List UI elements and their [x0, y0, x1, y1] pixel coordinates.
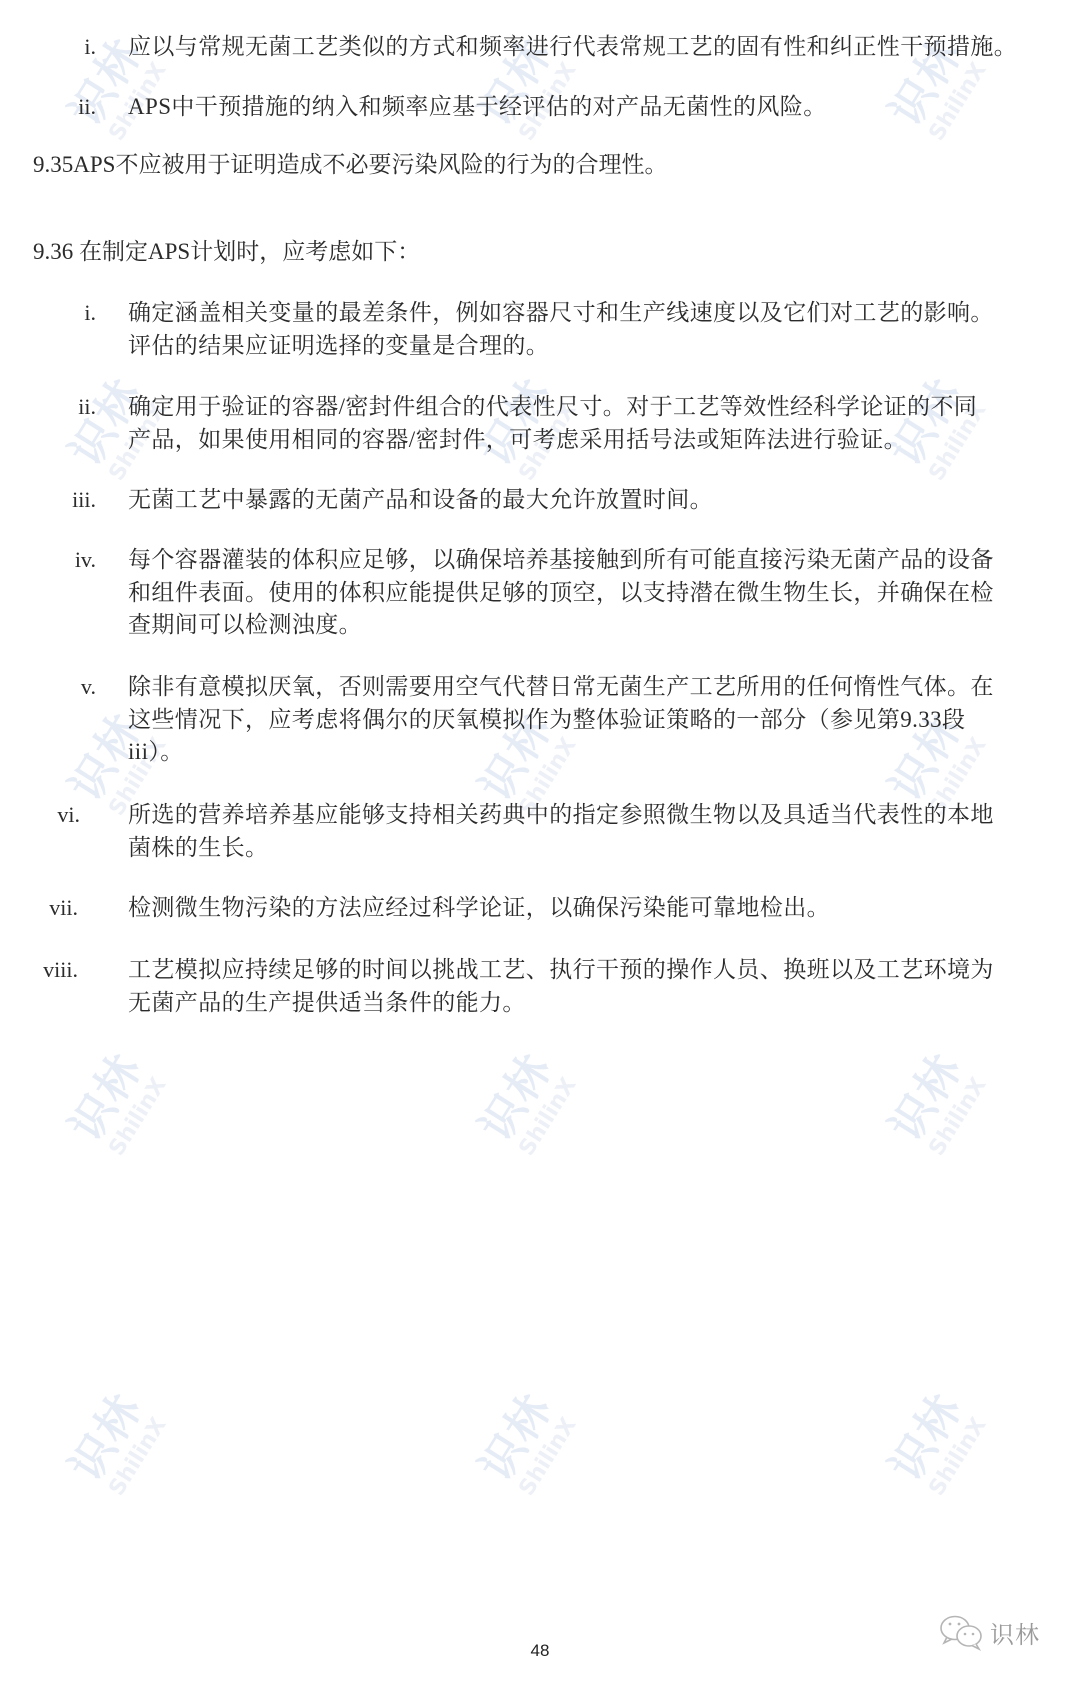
list-numeral: iii.: [16, 484, 96, 516]
list-item-text: 工艺模拟应持续足够的时间以挑战工艺、执行干预的操作人员、换班以及工艺环境为 无菌…: [128, 954, 1068, 1019]
wechat-icon: [938, 1612, 986, 1652]
list-numeral: v.: [16, 671, 96, 703]
brand-label: 识林: [990, 1615, 1040, 1650]
list-item-text: 除非有意模拟厌氧，否则需要用空气代替日常无菌生产工艺所用的任何惰性气体。在 这些…: [128, 671, 1068, 769]
list-numeral: i.: [16, 297, 96, 329]
list-item-text: 无菌工艺中暴露的无菌产品和设备的最大允许放置时间。: [128, 484, 1068, 517]
list-item-text: 确定涵盖相关变量的最差条件，例如容器尺寸和生产线速度以及它们对工艺的影响。 评估…: [128, 297, 1068, 362]
watermark: 识林ShilinX: [54, 1031, 216, 1200]
watermark: 识林ShilinX: [464, 1031, 626, 1200]
wechat-brand: 识林: [938, 1610, 1040, 1654]
watermark: 识林ShilinX: [54, 1371, 216, 1540]
list-numeral: ii.: [16, 391, 96, 423]
page-number: 48: [520, 1641, 560, 1661]
list-item-text: 确定用于验证的容器/密封件组合的代表性尺寸。对于工艺等效性经科学论证的不同 产品…: [128, 391, 1068, 456]
watermark: 识林ShilinX: [874, 1371, 1036, 1540]
list-numeral: ii.: [16, 91, 96, 123]
watermark: 识林ShilinX: [874, 1031, 1036, 1200]
list-numeral: viii.: [0, 954, 78, 986]
list-numeral: i.: [16, 31, 96, 63]
section-9-36-heading: 9.36 在制定APS计划时，应考虑如下：: [33, 236, 420, 268]
list-item-text: 检测微生物污染的方法应经过科学论证，以确保污染能可靠地检出。: [128, 892, 1068, 925]
list-item-text: 每个容器灌装的体积应足够，以确保培养基接触到所有可能直接污染无菌产品的设备 和组…: [128, 544, 1068, 642]
section-9-35: 9.35APS不应被用于证明造成不必要污染风险的行为的合理性。: [33, 149, 667, 181]
watermark: 识林ShilinX: [464, 1371, 626, 1540]
list-item-text: 应以与常规无菌工艺类似的方式和频率进行代表常规工艺的固有性和纠正性干预措施。: [128, 31, 1068, 64]
list-numeral: vi.: [0, 799, 80, 831]
list-numeral: iv.: [16, 544, 96, 576]
list-numeral: vii.: [0, 892, 78, 924]
list-item-text: 所选的营养培养基应能够支持相关药典中的指定参照微生物以及具适当代表性的本地 菌株…: [128, 799, 1068, 864]
list-item-text: APS中干预措施的纳入和频率应基于经评估的对产品无菌性的风险。: [128, 91, 1068, 124]
